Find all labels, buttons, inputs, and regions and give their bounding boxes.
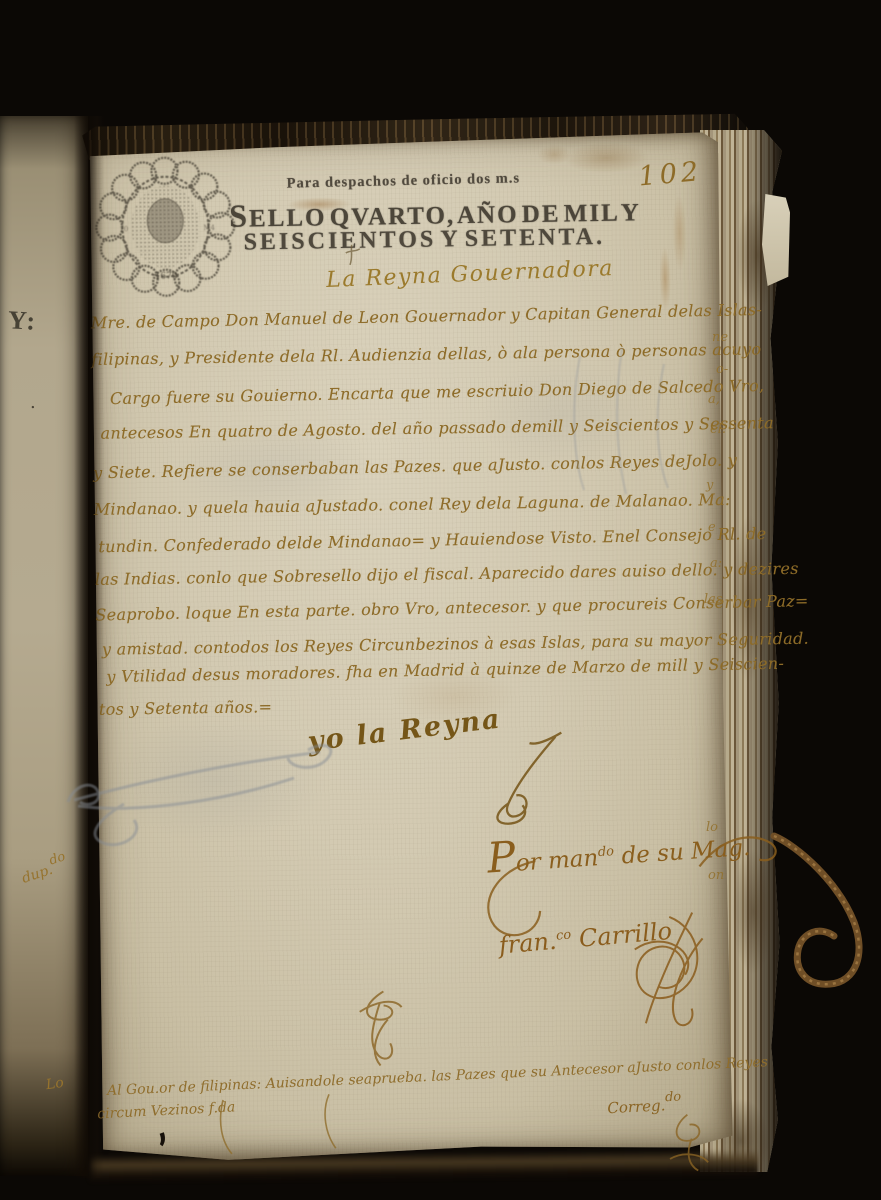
secretary-pre: fran. [498, 927, 558, 960]
by-order-superscript: do [597, 844, 614, 860]
seal-mark-right: M4 [203, 224, 215, 232]
edge-text-fragment: e [708, 520, 716, 535]
duplicate-note-superscript: do [47, 849, 67, 868]
ink-bleedthrough-signature [58, 726, 368, 850]
facing-page-dot: . [30, 392, 36, 413]
edge-text-fragment: las [704, 592, 723, 607]
royal-rubric-flourish [477, 730, 578, 827]
corrected-note-superscript: do [665, 1089, 682, 1105]
binding-cord [768, 822, 880, 1018]
edge-text-fragment: a, [708, 392, 720, 407]
gutter-shadow [74, 116, 104, 1178]
manuscript-photo: Y: . [0, 0, 881, 1200]
paraph-mark [343, 983, 414, 1072]
sello-cuarto-line2: SEISCIENTOS Y SETENTA. [243, 224, 605, 257]
facing-page-print-fragment: Y: [7, 305, 38, 336]
official-seal-stamp: 10 M4 1670 [90, 148, 246, 308]
secretary-superscript: co [555, 927, 571, 943]
ink-bleedthrough-strokes [556, 348, 686, 500]
secretary-rubric-knot [614, 908, 716, 1032]
docket-descender-flourish [197, 1094, 348, 1160]
edge-text-fragment: lo [706, 820, 718, 835]
seal-mark-left: 10 [119, 225, 128, 233]
seal-year: 1670 [155, 272, 178, 282]
manuscript-page: 10 M4 1670 Para despachos de oficio dos … [86, 132, 734, 1164]
corrected-rubric [657, 1108, 718, 1179]
edge-text-fragment: on [708, 868, 724, 883]
edge-text-fragment: ne [712, 330, 728, 345]
protruding-page-corner [762, 194, 790, 286]
edge-text-fragment: a: [710, 556, 722, 571]
edge-text-fragment: y [706, 478, 713, 493]
folio-number: 102 [637, 156, 703, 192]
bottom-left-margin-note: Lo [45, 1075, 65, 1093]
edge-text-fragment: o- [716, 362, 728, 377]
by-order-initial: P [486, 832, 518, 883]
body-line: tos y Setenta años.= [99, 697, 273, 719]
edge-text-fragment: el. [710, 422, 726, 437]
